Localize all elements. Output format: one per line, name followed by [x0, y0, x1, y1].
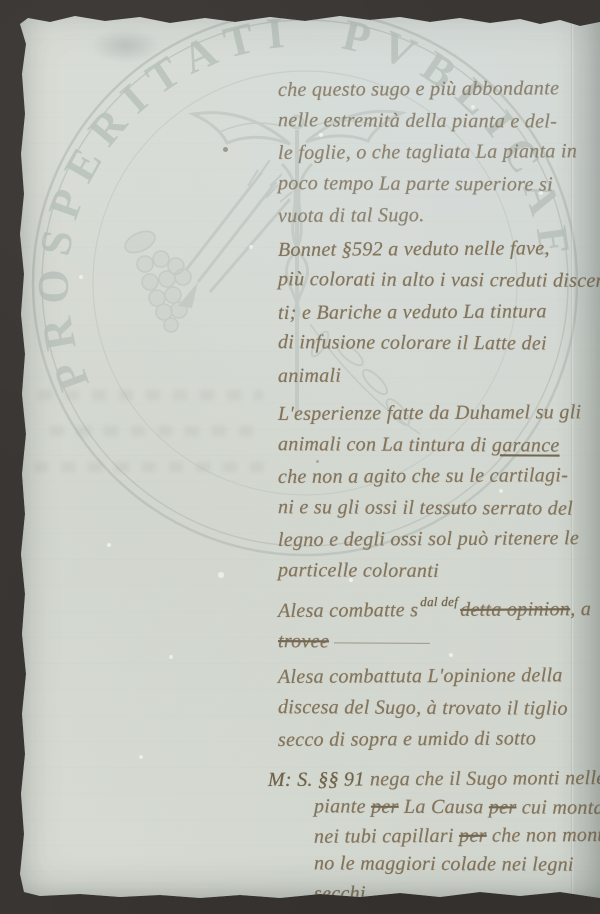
manuscript-line: M: S. §§ 91 nega che il Sugo monti nelle	[268, 763, 600, 794]
text-segment-strike: detta opinion	[460, 598, 570, 621]
manuscript-page: PROSPERITATI PVBLICAE	[20, 14, 600, 898]
wheat-sheaf-icon	[178, 160, 292, 308]
text-segment: nei tubi capillari	[314, 824, 459, 847]
text-segment: legno e degli ossi sol può ritenere le	[278, 527, 579, 551]
manuscript-line: ni e su gli ossi il tessuto serrato del	[278, 492, 600, 525]
manuscript-line: discesa del Sugo, à trovato il tiglio	[278, 692, 600, 725]
text-segment: piante	[314, 795, 371, 817]
manuscript-line: che non a agito che su le cartilagi-	[278, 460, 600, 494]
text-segment: no le maggiori colade nei legni	[314, 852, 574, 875]
graphite-smudge	[78, 22, 174, 70]
manuscript-line: le foglie, o che tagliata La pianta in	[278, 136, 600, 170]
text-segment: che non monta-	[487, 823, 600, 846]
paragraph-p3: L'esperienze fatte da Duhamel su glianim…	[278, 398, 600, 587]
manuscript-line: nelle estremità della pianta e del-	[278, 105, 600, 138]
text-segment: le foglie, o che tagliata La pianta in	[278, 140, 577, 164]
manuscript-line: secco di sopra e umido di sotto	[278, 723, 600, 757]
verso-show-through	[34, 462, 264, 472]
manuscript-line: legno e degli ossi sol può ritenere le	[278, 523, 600, 557]
paragraph-p2: Bonnet §592 a veduto nelle fave,più colo…	[278, 234, 600, 392]
text-segment: animali	[278, 364, 341, 386]
manuscript-line: animali	[278, 358, 600, 392]
paragraph-p1: che questo sugo e più abbondantenelle es…	[278, 74, 600, 232]
grape-cluster-icon	[122, 227, 191, 332]
manuscript-line: poco tempo La parte superiore si	[278, 168, 600, 201]
text-segment: cui monta	[516, 796, 600, 818]
text-segment: discesa del Sugo, à trovato il tiglio	[278, 696, 568, 720]
paragraph-p6: M: S. §§ 91 nega che il Sugo monti nelle…	[268, 765, 600, 908]
text-segment-strike: per	[459, 824, 487, 846]
verso-show-through	[50, 426, 255, 436]
manuscript-line: L'esperienze fatte da Duhamel su gli	[278, 397, 600, 431]
text-segment: La Causa	[399, 796, 489, 818]
manuscript-line: particelle coloranti	[278, 555, 600, 588]
text-segment: Alesa combatte s	[278, 599, 418, 622]
manuscript-line: più colorati in alto i vasi creduti disc…	[278, 264, 600, 297]
text-segment: secco di sopra e umido di sotto	[278, 727, 536, 751]
text-segment: che non a agito che su le cartilagi-	[278, 464, 568, 488]
manuscript-line: Bonnet §592 a veduto nelle fave,	[278, 232, 600, 266]
text-segment: ni e su gli ossi il tessuto serrato del	[278, 496, 573, 520]
text-segment: che questo sugo e più abbondante	[278, 77, 559, 101]
text-segment: particelle coloranti	[278, 559, 439, 582]
text-segment-sup: dal def	[420, 586, 458, 618]
text-segment-strike-long: trovee	[278, 630, 430, 653]
manuscript-line: animali con La tintura di garance	[278, 429, 600, 462]
manuscript-line: Alesa combattuta L'opinione della	[278, 660, 600, 694]
scan-stage: PROSPERITATI PVBLICAE	[0, 0, 600, 914]
text-segment-note: M: S. §§ 91	[268, 768, 370, 791]
text-segment: Bonnet §592 a veduto nelle fave,	[278, 237, 550, 261]
paragraph-p4: Alesa combatte sdal defdetta opinion, at…	[278, 595, 600, 658]
text-segment: di infusione colorare il Latte dei	[278, 331, 547, 354]
manuscript-line: ti; e Bariche a veduto La tintura	[278, 295, 600, 329]
text-segment: L'esperienze fatte da Duhamel su gli	[278, 401, 582, 425]
text-segment: più colorati in alto i vasi creduti disc…	[278, 268, 600, 292]
manuscript-line: nei tubi capillari per che non monta-	[268, 820, 600, 851]
text-segment: Alesa combattuta L'opinione della	[278, 664, 563, 688]
text-segment-underline: garance	[492, 434, 560, 456]
verso-show-through	[38, 390, 263, 400]
manuscript-line: no le maggiori colade nei legni	[268, 849, 600, 879]
manuscript-line: che questo sugo e più abbondante	[278, 73, 600, 107]
text-segment-strike: per	[489, 796, 517, 818]
manuscript-line: di infusione colorare il Latte dei	[278, 327, 600, 360]
text-segment: poco tempo La parte superiore si	[278, 172, 553, 195]
text-segment: animali con La tintura di	[278, 433, 492, 456]
text-segment: nega che il Sugo monti nelle	[370, 766, 600, 789]
text-segment: , a	[570, 598, 591, 620]
manuscript-line: vuota di tal Sugo.	[278, 199, 600, 233]
text-segment: nelle estremità della pianta e del-	[278, 109, 557, 132]
manuscript-text: che questo sugo e più abbondantenelle es…	[278, 74, 600, 907]
manuscript-line: piante per La Causa per cui monta	[268, 792, 600, 822]
paragraph-p5: Alesa combattuta L'opinione delladiscesa…	[278, 661, 600, 756]
text-segment: ti; e Bariche a veduto La tintura	[278, 300, 547, 324]
manuscript-line: trovee	[278, 626, 600, 659]
text-segment: vuota di tal Sugo.	[278, 204, 425, 227]
manuscript-line: Alesa combatte sdal defdetta opinion, a	[278, 594, 600, 628]
text-segment-strike: per	[371, 796, 399, 818]
